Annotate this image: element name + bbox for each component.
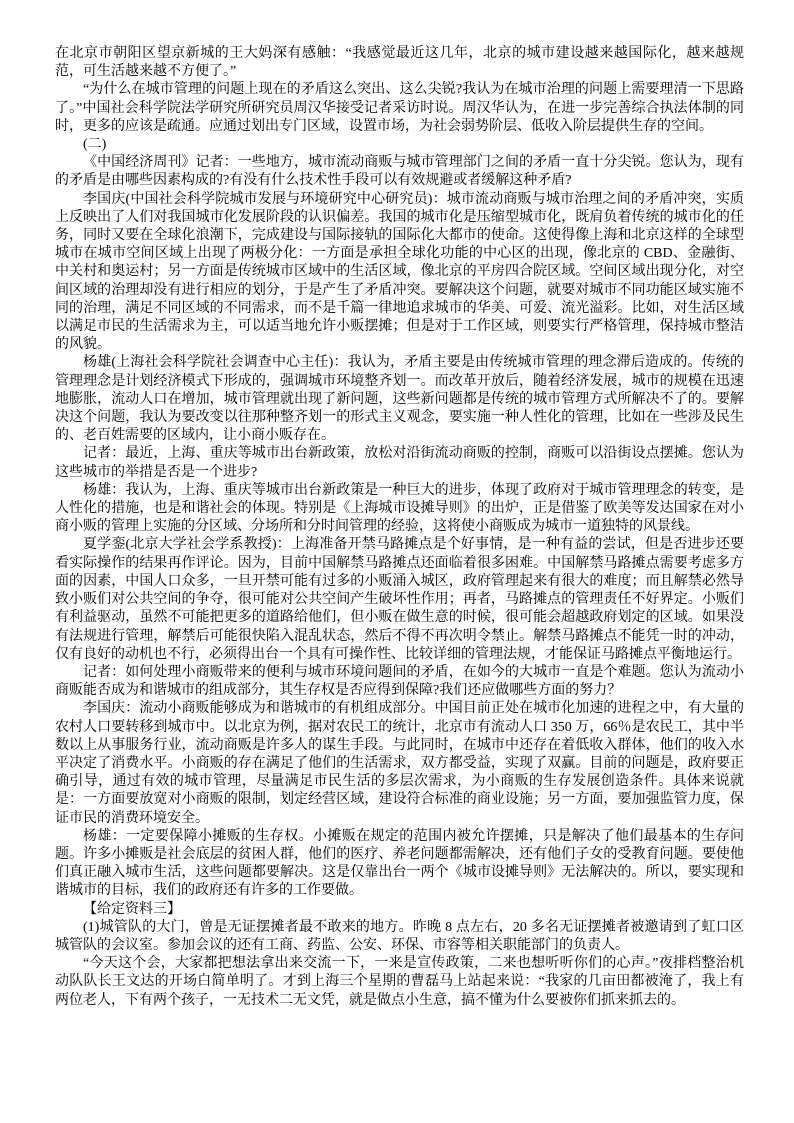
paragraph-yangxiong-answer: 杨雄(上海社会科学院社会调查中心主任)：我认为，矛盾主要是由传统城市管理的理念滞… (55, 354, 744, 445)
section-heading-two: (二) (55, 136, 744, 154)
paragraph-reporter-question: 记者：最近，上海、重庆等城市出台新政策，放松对沿街流动商贩的控制，商贩可以沿街设… (55, 445, 744, 481)
paragraph-chengguan-meeting: (1)城管队的大门，曾是无证摆摊者最不敢来的地方。昨晚 8 点左右，20 多名无… (55, 919, 744, 955)
paragraph-reporter-question: 《中国经济周刊》记者：一些地方，城市流动商贩与城市管理部门之间的矛盾一直十分尖锐… (55, 154, 744, 190)
paragraph: “为什么在城市管理的问题上现在的矛盾这么突出、这么尖锐?我认为在城市治理的问题上… (55, 81, 744, 136)
paragraph-continuation: 在北京市朝阳区望京新城的王大妈深有感触：“我感觉最近这几年，北京的城市建设越来越… (55, 45, 744, 81)
paragraph-vendor-quote: “今天这个会，大家都把想法拿出来交流一下，一来是宣传政策，二来也想听听你们的心声… (55, 955, 744, 1010)
section-heading-material-three: 【给定资料三】 (55, 901, 744, 919)
paragraph-yangxiong-answer: 杨雄：我认为，上海、重庆等城市出台新政策是一种巨大的进步，体现了政府对于城市管理… (55, 482, 744, 537)
paragraph-reporter-question: 记者：如何处理小商贩带来的便利与城市环境问题间的矛盾，在如今的大城市一直是个难题… (55, 664, 744, 700)
paragraph-liguoqing-answer: 李国庆：流动小商贩能够成为和谐城市的有机组成部分。中国目前正处在城市化加速的进程… (55, 700, 744, 827)
paragraph-xiaxueluan-answer: 夏学銮(北京大学社会学系教授)：上海准备开禁马路摊点是个好事情，是一种有益的尝试… (55, 536, 744, 663)
document-body: 在北京市朝阳区望京新城的王大妈深有感触：“我感觉最近这几年，北京的城市建设越来越… (55, 45, 744, 1010)
paragraph-liguoqing-answer: 李国庆(中国社会科学院城市发展与环境研究中心研究员)：城市流动商贩与城市治理之间… (55, 191, 744, 355)
paragraph-yangxiong-answer: 杨雄：一定要保障小摊贩的生存权。小摊贩在规定的范围内被允许摆摊，只是解决了他们最… (55, 828, 744, 901)
document-page: 在北京市朝阳区望京新城的王大妈深有感触：“我感觉最近这几年，北京的城市建设越来越… (0, 0, 794, 1123)
